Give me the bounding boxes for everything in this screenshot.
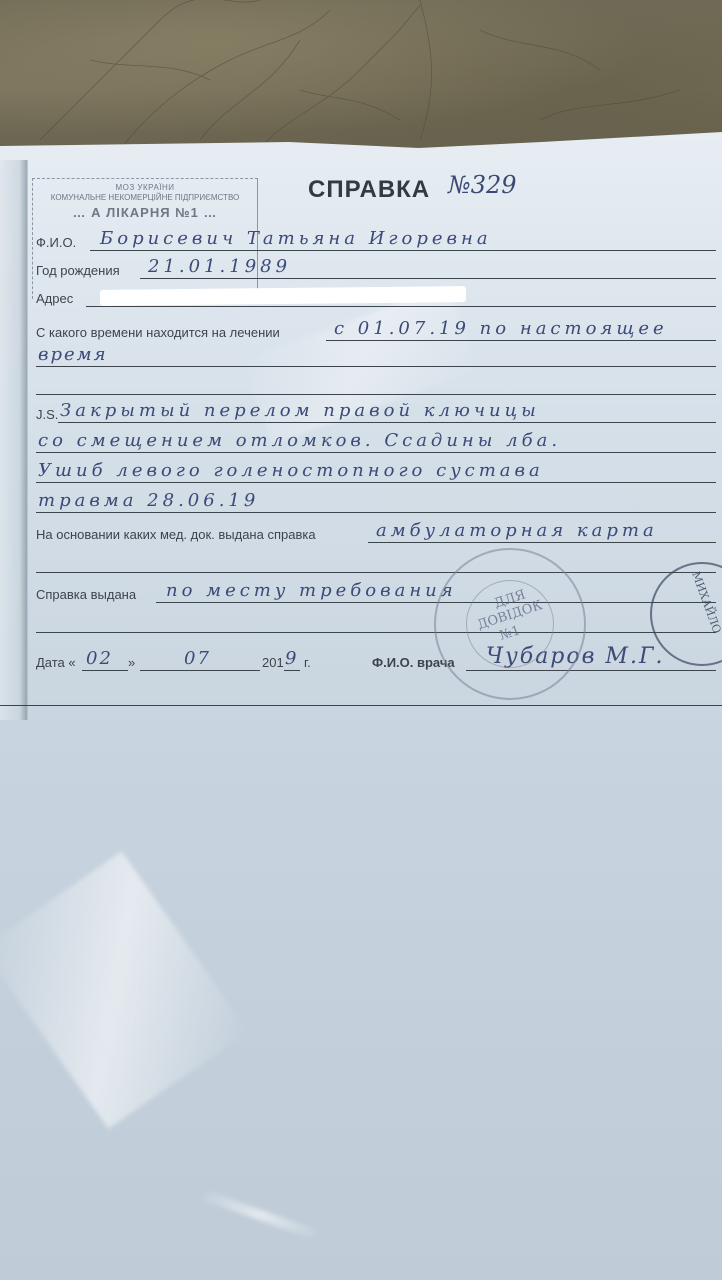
- birth-label: Год рождения: [36, 263, 120, 278]
- birth-underline: [140, 278, 716, 279]
- date-year-prefix: 201: [262, 655, 284, 670]
- blank-underline-2: [36, 572, 716, 573]
- leather-texture: [0, 0, 722, 150]
- date-day: 02: [86, 648, 113, 669]
- birth-value: 21.01.1989: [148, 256, 291, 277]
- field-diagnosis: J.S. Закрытый перелом правой ключицы: [36, 398, 716, 426]
- treatment-since-underline-2: [36, 366, 716, 367]
- field-fio: Ф.И.О. Борисевич Татьяна Игоревна: [36, 226, 716, 254]
- basis-value: амбулаторная карта: [376, 520, 658, 541]
- document-title: СПРАВКА: [308, 176, 430, 204]
- diagnosis-line-3: Ушиб левого голеностопного сустава: [38, 460, 544, 481]
- underlying-sheet-edge: [0, 160, 28, 720]
- issued-for-value: по месту требования: [166, 580, 457, 601]
- field-issued-for: Справка выдана по месту требования: [36, 578, 716, 606]
- diagnosis-underline-1: [58, 422, 716, 423]
- stamp-line-ministry: МОЗ УКРАЇНИ: [33, 183, 257, 192]
- issued-for-label: Справка выдана: [36, 587, 136, 602]
- round-seal: ДЛЯ ДОВІДОК №1: [434, 548, 586, 700]
- field-diagnosis-3: Ушиб левого голеностопного сустава: [36, 458, 716, 486]
- field-basis: На основании каких мед. док. выдана спра…: [36, 518, 716, 546]
- month-underline: [140, 670, 260, 671]
- fio-underline: [90, 250, 716, 251]
- field-date-doctor: Дата « 02 » 07 201 9 г. Ф.И.О. врача Чуб…: [36, 646, 716, 674]
- stamp-line-hospital: … А ЛІКАРНЯ №1 …: [33, 205, 257, 220]
- fio-value: Борисевич Татьяна Игоревна: [100, 228, 492, 249]
- diagnosis-underline-3: [36, 482, 716, 483]
- date-year-digit: 9: [285, 648, 298, 669]
- treatment-since-underline: [326, 340, 716, 341]
- day-underline: [82, 670, 128, 671]
- document-number: №329: [448, 171, 517, 199]
- address-underline: [86, 306, 716, 307]
- blank-underline: [36, 394, 716, 395]
- treatment-since-value: с 01.07.19 по настоящее: [334, 318, 668, 339]
- field-birth: Год рождения 21.01.1989: [36, 254, 716, 282]
- form-bottom-rule: [0, 705, 722, 706]
- stamp-line-enterprise: КОМУНАЛЬНЕ НЕКОМЕРЦІЙНЕ ПІДПРИЄМСТВО: [33, 193, 257, 202]
- field-treatment-since: С какого времени находится на лечении с …: [36, 316, 716, 344]
- basis-underline: [368, 542, 716, 543]
- date-close-quote: »: [128, 655, 135, 670]
- field-treatment-since-cont: время: [36, 342, 716, 370]
- blank-underline-3: [36, 632, 716, 633]
- treatment-since-value-2: время: [38, 344, 108, 365]
- table-background: [0, 0, 722, 150]
- address-label: Адрес: [36, 291, 73, 306]
- fio-label: Ф.И.О.: [36, 235, 76, 250]
- field-diagnosis-2: со смещением отломков. Ссадины лба.: [36, 428, 716, 456]
- field-diagnosis-4: травма 28.06.19: [36, 488, 716, 516]
- diagnosis-line-4: травма 28.06.19: [38, 490, 259, 511]
- diagnosis-underline-4: [36, 512, 716, 513]
- date-year-suffix: г.: [304, 655, 311, 670]
- blank-line: [36, 370, 716, 398]
- blank-line-2: [36, 548, 716, 576]
- diagnosis-label: J.S.: [36, 407, 58, 422]
- year-underline: [284, 670, 300, 671]
- treatment-since-label: С какого времени находится на лечении: [36, 325, 280, 340]
- diagnosis-line-2: со смещением отломков. Ссадины лба.: [38, 430, 561, 451]
- blank-line-3: [36, 608, 716, 636]
- diagnosis-underline-2: [36, 452, 716, 453]
- doctor-stamp-text: МИХАЙЛО: [689, 570, 722, 635]
- diagnosis-line-1: Закрытый перелом правой ключицы: [60, 400, 540, 421]
- date-label: Дата «: [36, 655, 76, 670]
- date-month: 07: [184, 648, 211, 669]
- basis-label: На основании каких мед. док. выдана спра…: [36, 527, 316, 542]
